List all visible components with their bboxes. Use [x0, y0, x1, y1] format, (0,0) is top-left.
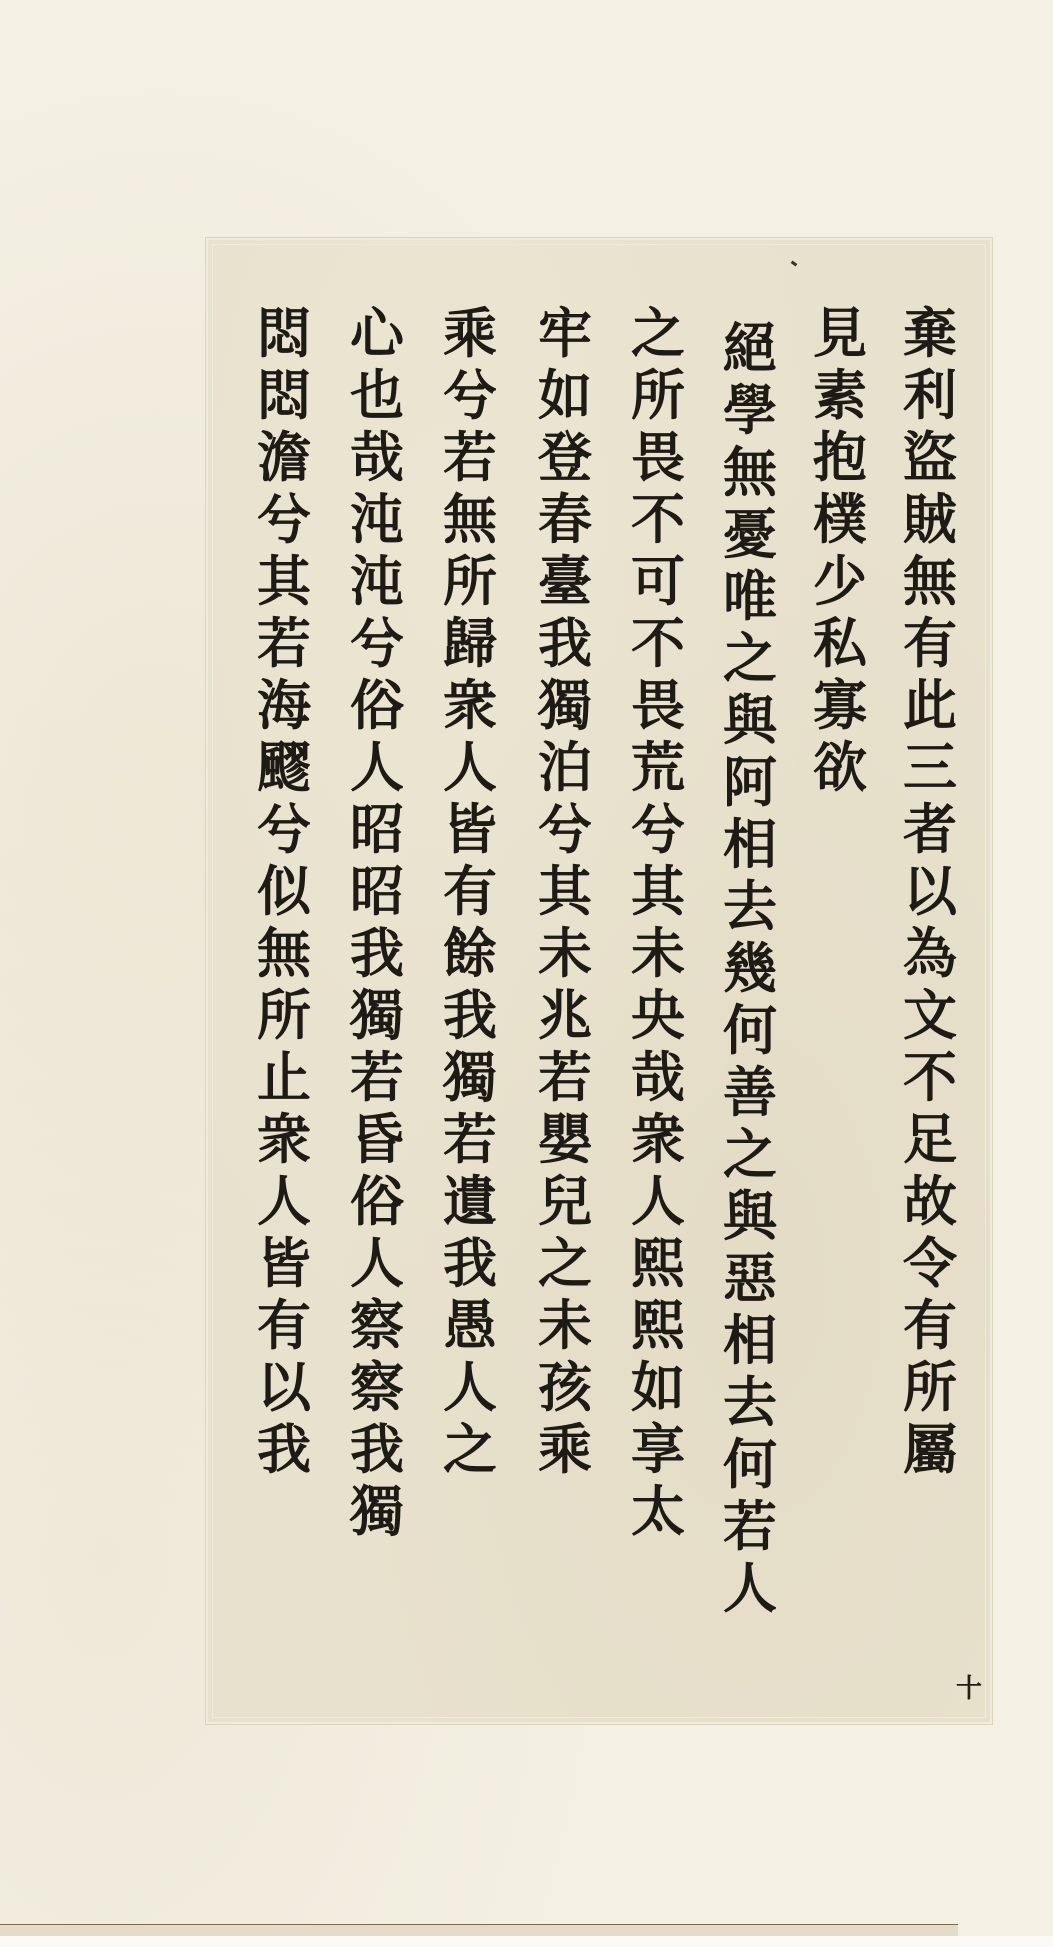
calligraphy-character: 餘	[434, 922, 506, 984]
calligraphy-character: 兮	[341, 612, 413, 674]
calligraphy-character: 止	[248, 1046, 320, 1108]
calligraphy-character: 有	[248, 1294, 320, 1356]
calligraphy-character: 素	[804, 364, 876, 426]
calligraphy-character: 無	[248, 922, 320, 984]
calligraphy-character: 去	[714, 1371, 786, 1433]
calligraphy-character: 若	[341, 1046, 413, 1108]
calligraphy-character: 人	[341, 736, 413, 798]
calligraphy-character: 皆	[248, 1232, 320, 1294]
calligraphy-character: 畏	[622, 426, 694, 488]
calligraphy-character: 澹	[248, 426, 320, 488]
calligraphy-character: 歸	[434, 612, 506, 674]
calligraphy-character: 我	[434, 1232, 506, 1294]
ink-tick-mark	[791, 261, 798, 267]
calligraphy-character: 所	[894, 1356, 966, 1418]
text-column-8: 悶悶澹兮其若海飂兮似無所止衆人皆有以我	[248, 302, 320, 1480]
calligraphy-character: 俗	[341, 674, 413, 736]
calligraphy-character: 利	[894, 364, 966, 426]
calligraphy-character: 善	[714, 1061, 786, 1123]
calligraphy-character: 幾	[714, 937, 786, 999]
calligraphy-character: 以	[894, 860, 966, 922]
calligraphy-character: 棄	[894, 302, 966, 364]
calligraphy-character: 此	[894, 674, 966, 736]
calligraphy-character: 抱	[804, 426, 876, 488]
calligraphy-character: 有	[434, 860, 506, 922]
calligraphy-character: 無	[894, 550, 966, 612]
calligraphy-character: 惡	[714, 1247, 786, 1309]
calligraphy-character: 兮	[248, 488, 320, 550]
calligraphy-character: 哉	[622, 1046, 694, 1108]
text-column-4: 之所畏不可不畏荒兮其未央哉衆人熙熙如享太	[622, 302, 694, 1542]
calligraphy-character: 何	[714, 1433, 786, 1495]
calligraphy-character: 不	[894, 1046, 966, 1108]
calligraphy-character: 所	[248, 984, 320, 1046]
calligraphy-character: 足	[894, 1108, 966, 1170]
calligraphy-character: 所	[622, 364, 694, 426]
calligraphy-character: 兮	[248, 798, 320, 860]
calligraphy-character: 昭	[341, 798, 413, 860]
text-column-7: 心也哉沌沌兮俗人昭昭我獨若昏俗人察察我獨	[341, 302, 413, 1542]
calligraphy-character: 登	[529, 426, 601, 488]
calligraphy-character: 孩	[529, 1356, 601, 1418]
calligraphy-character: 為	[894, 922, 966, 984]
calligraphy-character: 兮	[529, 798, 601, 860]
calligraphy-character: 兆	[529, 984, 601, 1046]
calligraphy-character: 衆	[248, 1108, 320, 1170]
calligraphy-character: 荒	[622, 736, 694, 798]
calligraphy-character: 未	[622, 922, 694, 984]
calligraphy-character: 其	[622, 860, 694, 922]
calligraphy-character: 熙	[622, 1294, 694, 1356]
calligraphy-character: 其	[529, 860, 601, 922]
calligraphy-character: 者	[894, 798, 966, 860]
calligraphy-character: 去	[714, 875, 786, 937]
calligraphy-character: 享	[622, 1418, 694, 1480]
calligraphy-character: 私	[804, 612, 876, 674]
calligraphy-character: 太	[622, 1480, 694, 1542]
text-column-2: 見素抱樸少私寡欲	[804, 302, 876, 798]
calligraphy-character: 無	[714, 441, 786, 503]
calligraphy-character: 未	[529, 922, 601, 984]
calligraphy-character: 人	[714, 1557, 786, 1619]
calligraphy-character: 人	[434, 736, 506, 798]
calligraphy-character: 人	[248, 1170, 320, 1232]
calligraphy-character: 之	[434, 1418, 506, 1480]
text-column-5: 牢如登春臺我獨泊兮其未兆若嬰兒之未孩乘	[529, 302, 601, 1480]
calligraphy-character: 海	[248, 674, 320, 736]
calligraphy-character: 人	[434, 1356, 506, 1418]
calligraphy-character: 皆	[434, 798, 506, 860]
calligraphy-character: 相	[714, 1309, 786, 1371]
calligraphy-character: 飂	[248, 736, 320, 798]
text-column-6: 乘兮若無所歸衆人皆有餘我獨若遺我愚人之	[434, 302, 506, 1480]
calligraphy-character: 人	[341, 1232, 413, 1294]
calligraphy-character: 與	[714, 1185, 786, 1247]
calligraphy-character: 見	[804, 302, 876, 364]
calligraphy-character: 獨	[434, 1046, 506, 1108]
page-underlay	[0, 1936, 1053, 1947]
calligraphy-character: 泊	[529, 736, 601, 798]
calligraphy-character: 三	[894, 736, 966, 798]
calligraphy-character: 昏	[341, 1108, 413, 1170]
calligraphy-character: 文	[894, 984, 966, 1046]
calligraphy-character: 之	[714, 1123, 786, 1185]
calligraphy-character: 察	[341, 1356, 413, 1418]
calligraphy-character: 悶	[248, 364, 320, 426]
calligraphy-character: 以	[248, 1356, 320, 1418]
calligraphy-character: 兮	[434, 364, 506, 426]
calligraphy-character: 之	[714, 627, 786, 689]
calligraphy-character: 春	[529, 488, 601, 550]
calligraphy-character: 憂	[714, 503, 786, 565]
calligraphy-character: 察	[341, 1294, 413, 1356]
text-column-3: 絕學無憂唯之與阿相去幾何善之與惡相去何若人	[714, 317, 786, 1619]
calligraphy-character: 兮	[622, 798, 694, 860]
calligraphy-character: 樸	[804, 488, 876, 550]
calligraphy-character: 沌	[341, 550, 413, 612]
calligraphy-character: 有	[894, 612, 966, 674]
calligraphy-character: 有	[894, 1294, 966, 1356]
calligraphy-character: 之	[622, 302, 694, 364]
calligraphy-character: 昭	[341, 860, 413, 922]
page-number: 十	[956, 1668, 982, 1705]
calligraphy-character: 衆	[434, 674, 506, 736]
calligraphy-character: 故	[894, 1170, 966, 1232]
calligraphy-character: 我	[434, 984, 506, 1046]
calligraphy-character: 心	[341, 302, 413, 364]
calligraphy-character: 人	[622, 1170, 694, 1232]
calligraphy-character: 不	[622, 488, 694, 550]
calligraphy-character: 阿	[714, 751, 786, 813]
calligraphy-character: 盜	[894, 426, 966, 488]
calligraphy-character: 兒	[529, 1170, 601, 1232]
calligraphy-character: 乘	[529, 1418, 601, 1480]
calligraphy-character: 我	[341, 1418, 413, 1480]
calligraphy-character: 與	[714, 689, 786, 751]
calligraphy-character: 獨	[341, 1480, 413, 1542]
calligraphy-character: 若	[248, 612, 320, 674]
calligraphy-character: 若	[434, 1108, 506, 1170]
calligraphy-character: 我	[341, 922, 413, 984]
calligraphy-character: 未	[529, 1294, 601, 1356]
calligraphy-character: 畏	[622, 674, 694, 736]
calligraphy-character: 相	[714, 813, 786, 875]
calligraphy-character: 令	[894, 1232, 966, 1294]
calligraphy-character: 嬰	[529, 1108, 601, 1170]
calligraphy-character: 絕	[714, 317, 786, 379]
calligraphy-character: 若	[529, 1046, 601, 1108]
calligraphy-character: 如	[529, 364, 601, 426]
calligraphy-character: 獨	[341, 984, 413, 1046]
calligraphy-character: 愚	[434, 1294, 506, 1356]
calligraphy-character: 似	[248, 860, 320, 922]
album-page: 棄利盜賊無有此三者以為文不足故令有所屬 見素抱樸少私寡欲 絕學無憂唯之與阿相去幾…	[0, 0, 1053, 1947]
calligraphy-character: 可	[622, 550, 694, 612]
calligraphy-character: 欲	[804, 736, 876, 798]
calligraphy-character: 寡	[804, 674, 876, 736]
calligraphy-character: 沌	[341, 488, 413, 550]
calligraphy-character: 我	[529, 612, 601, 674]
calligraphy-character: 熙	[622, 1232, 694, 1294]
calligraphy-character: 也	[341, 364, 413, 426]
calligraphy-character: 唯	[714, 565, 786, 627]
calligraphy-character: 賊	[894, 488, 966, 550]
calligraphy-character: 衆	[622, 1108, 694, 1170]
calligraphy-panel: 棄利盜賊無有此三者以為文不足故令有所屬 見素抱樸少私寡欲 絕學無憂唯之與阿相去幾…	[208, 240, 990, 1722]
text-column-1: 棄利盜賊無有此三者以為文不足故令有所屬	[894, 302, 966, 1480]
calligraphy-character: 何	[714, 999, 786, 1061]
calligraphy-character: 學	[714, 379, 786, 441]
calligraphy-character: 我	[248, 1418, 320, 1480]
calligraphy-character: 如	[622, 1356, 694, 1418]
calligraphy-character: 若	[714, 1495, 786, 1557]
calligraphy-character: 俗	[341, 1170, 413, 1232]
calligraphy-character: 無	[434, 488, 506, 550]
calligraphy-character: 所	[434, 550, 506, 612]
calligraphy-character: 屬	[894, 1418, 966, 1480]
calligraphy-character: 哉	[341, 426, 413, 488]
calligraphy-character: 遺	[434, 1170, 506, 1232]
calligraphy-character: 獨	[529, 674, 601, 736]
calligraphy-character: 其	[248, 550, 320, 612]
calligraphy-character: 若	[434, 426, 506, 488]
calligraphy-character: 乘	[434, 302, 506, 364]
calligraphy-character: 之	[529, 1232, 601, 1294]
calligraphy-character: 不	[622, 612, 694, 674]
calligraphy-character: 少	[804, 550, 876, 612]
calligraphy-character: 央	[622, 984, 694, 1046]
calligraphy-character: 牢	[529, 302, 601, 364]
calligraphy-character: 悶	[248, 302, 320, 364]
calligraphy-character: 臺	[529, 550, 601, 612]
